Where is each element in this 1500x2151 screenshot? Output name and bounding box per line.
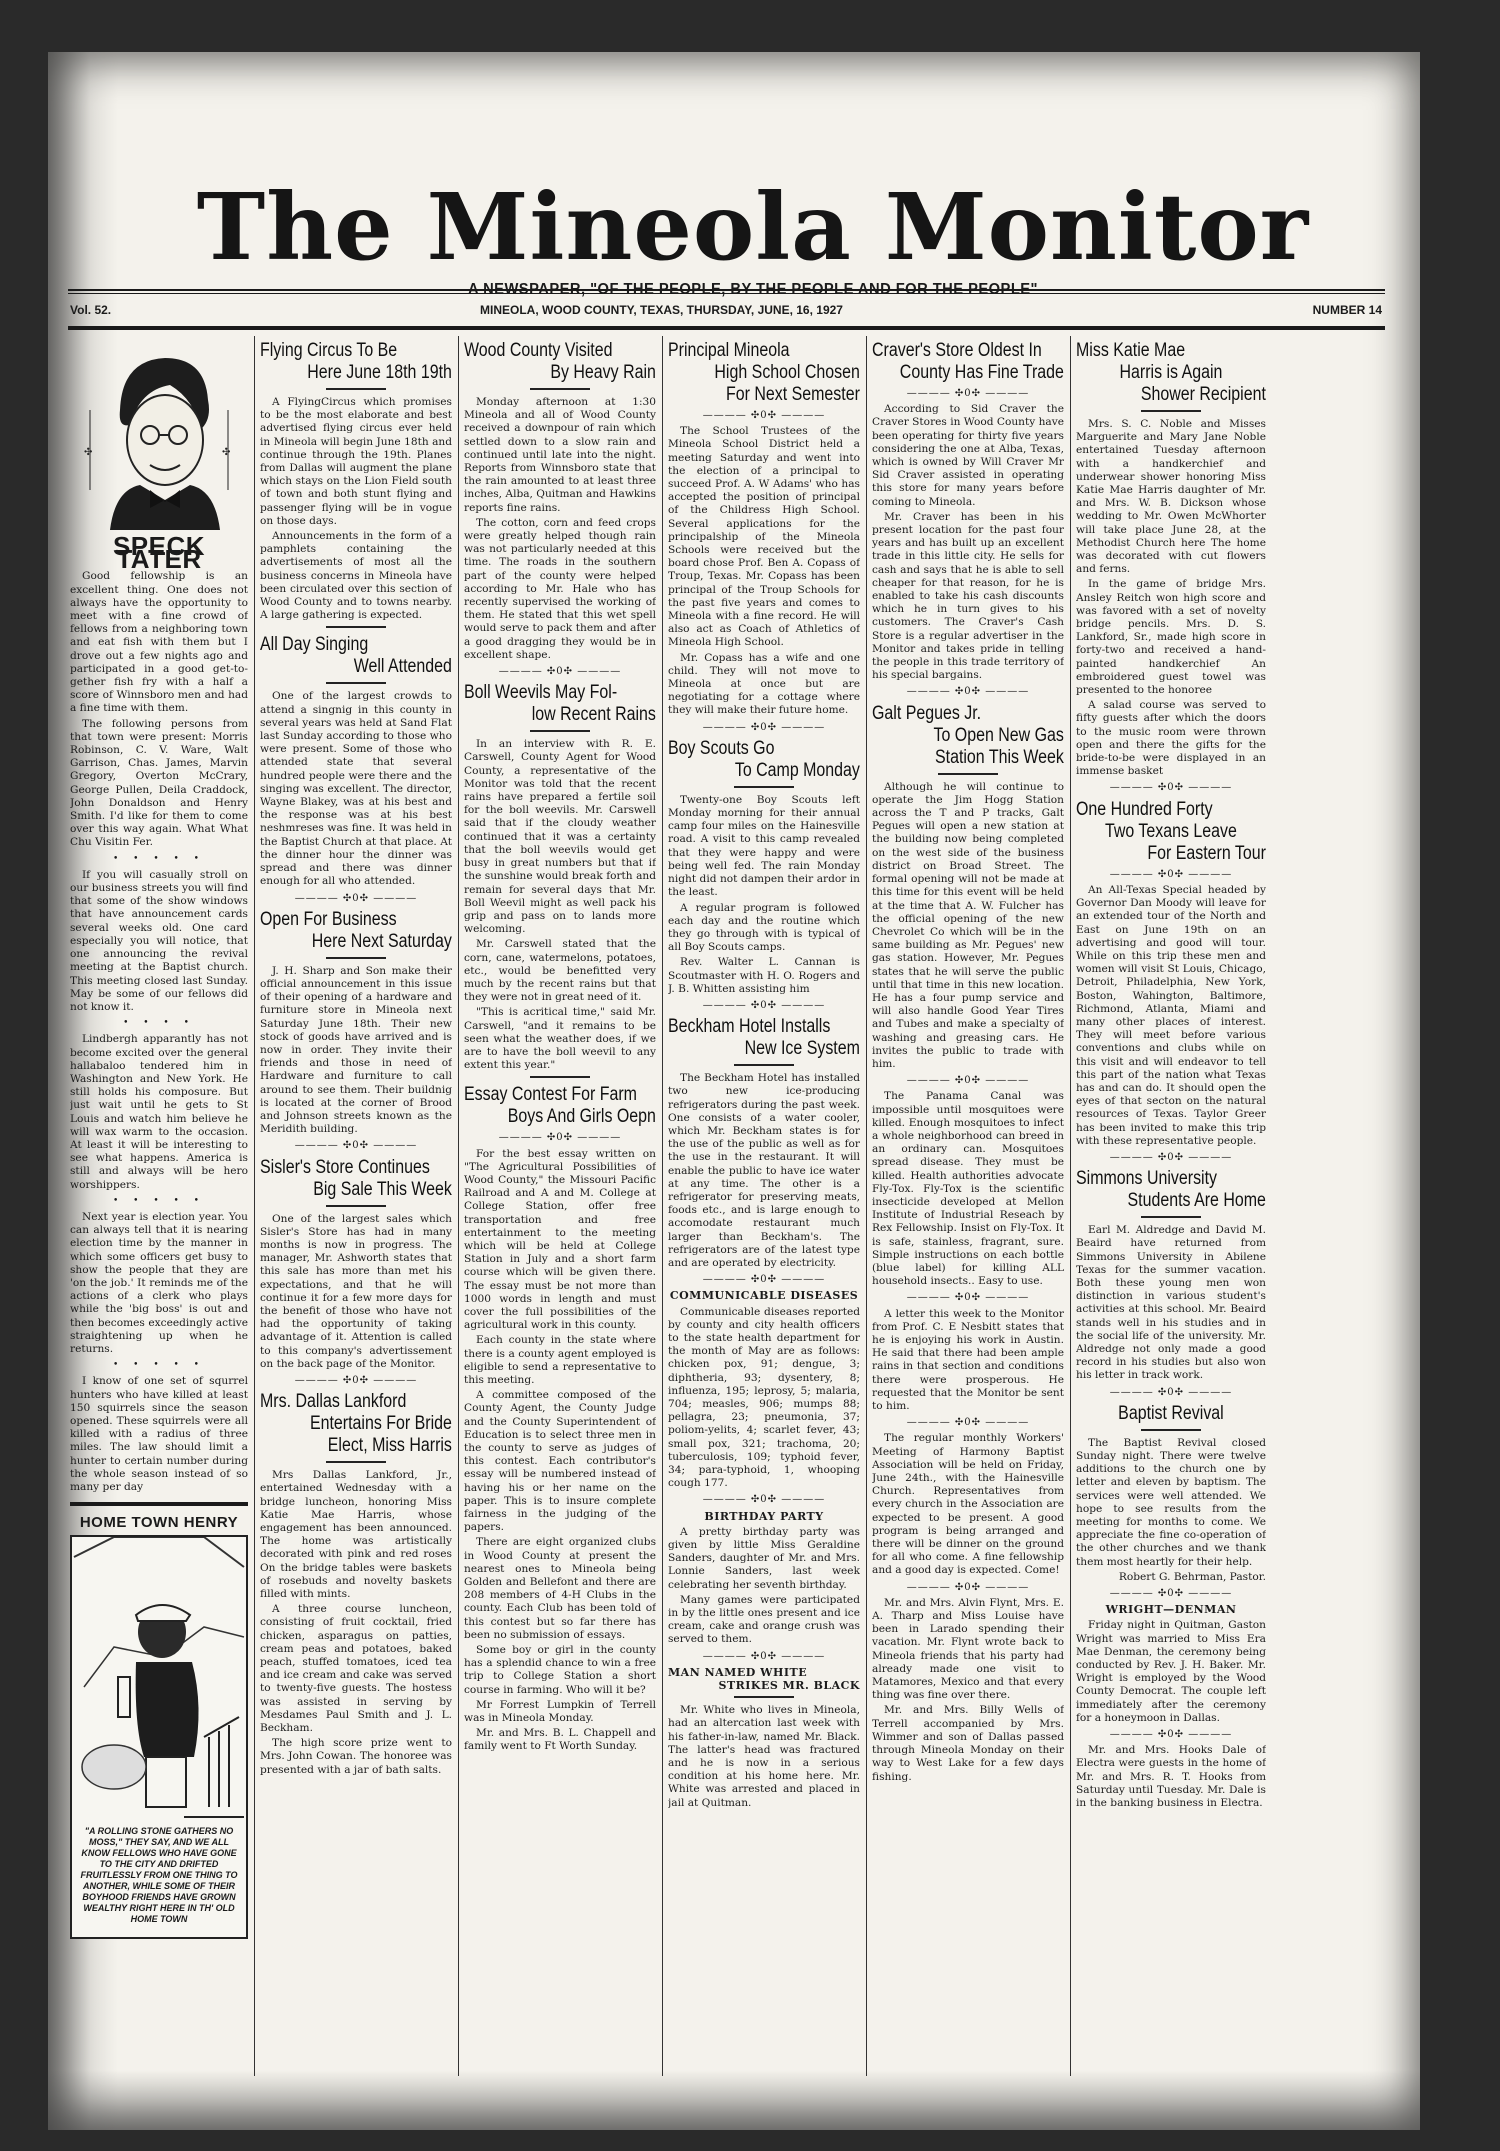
article-paragraph: A regular program is followed each day a… — [668, 902, 860, 955]
dateline: Vol. 52. MINEOLA, WOOD COUNTY, TEXAS, TH… — [70, 303, 1382, 321]
rule — [326, 682, 386, 684]
headline-beckham-hotel: Beckham Hotel Installs New Ice System — [668, 1016, 860, 1060]
masthead-rule — [68, 289, 1385, 291]
headline-boll-weevils: Boll Weevils May Fol- low Recent Rains — [464, 682, 656, 726]
ornament-divider — [872, 1581, 1064, 1594]
column-paragraph: If you will casually stroll on our busin… — [70, 869, 248, 1014]
article-paragraph: The cotton, corn and feed crops were gre… — [464, 517, 656, 662]
column-speck-tater: ✣ ✣ SPECK TATER Good fellowship is an ex… — [70, 336, 248, 2076]
article-signature: Robert G. Behrman, Pastor. — [1076, 1571, 1266, 1584]
rule — [530, 388, 590, 390]
column-divider — [662, 336, 663, 2076]
column-6: Miss Katie Mae Harris is Again Shower Re… — [1076, 336, 1266, 2076]
speck-tater-portrait-icon: ✣ ✣ — [70, 340, 248, 540]
comic-title: HOME TOWN HENRY — [70, 1516, 248, 1529]
ornament-divider — [1076, 1386, 1266, 1399]
article-paragraph: Mr. and Mrs. Billy Wells of Terrell acco… — [872, 1704, 1064, 1783]
article-paragraph: Mr Forrest Lumpkin of Terrell was in Min… — [464, 1699, 656, 1725]
headline-communicable-diseases: COMMUNICABLE DISEASES — [668, 1289, 860, 1302]
rule — [734, 1696, 794, 1698]
headline-all-day-singing: All Day Singing Well Attended — [260, 634, 452, 678]
newspaper-title: The Mineola Monitor — [108, 177, 1398, 277]
ornament-divider — [260, 1139, 452, 1152]
ornament-divider — [260, 1374, 452, 1387]
headline-texans-eastern-tour: One Hundred Forty Two Texans Leave For E… — [1076, 799, 1266, 865]
issue-number: NUMBER 14 — [1313, 303, 1382, 317]
article-paragraph: A committee composed of the County Agent… — [464, 1389, 656, 1534]
article-paragraph: Each county in the state where there is … — [464, 1334, 656, 1387]
column-paragraph: The following persons from that town wer… — [70, 718, 248, 850]
ornament-divider — [872, 685, 1064, 698]
star-divider: • • • • — [70, 1017, 248, 1030]
article-paragraph: The regular monthly Workers' Meeting of … — [872, 1432, 1064, 1577]
article-paragraph: A salad course was served to fifty guest… — [1076, 699, 1266, 778]
article-paragraph: Monday afternoon at 1:30 Mineola and all… — [464, 396, 656, 515]
old-man-cartoon-icon — [72, 1537, 246, 1837]
article-paragraph: Twenty-one Boy Scouts left Monday mornin… — [668, 794, 860, 900]
rule — [326, 388, 386, 390]
svg-text:✣: ✣ — [222, 447, 230, 458]
article-paragraph: In the game of bridge Mrs. Ansley Reitch… — [1076, 578, 1266, 697]
article-paragraph: The Baptist Revival closed Sunday night.… — [1076, 1437, 1266, 1569]
speck-tater-title: SPECK TATER — [70, 540, 248, 566]
dateline-rule — [68, 326, 1385, 330]
masthead: The Mineola Monitor A NEWSPAPER, "OF THE… — [108, 177, 1398, 299]
rule — [1141, 1429, 1201, 1431]
ornament-divider — [668, 1493, 860, 1506]
column-paragraph: I know of one set of squrrel hunters who… — [70, 1375, 248, 1494]
article-paragraph: Many games were participated in by the l… — [668, 1594, 860, 1647]
comic-panel: "A Rolling Stone gathers no moss," they … — [70, 1535, 248, 1939]
article-paragraph: Friday night in Quitman, Gaston Wright w… — [1076, 1619, 1266, 1725]
ornament-divider — [668, 721, 860, 734]
column-divider — [254, 336, 255, 2076]
ornament-divider — [1076, 1728, 1266, 1741]
masthead-rule-thin — [68, 293, 1385, 294]
ornament-divider — [464, 1131, 656, 1144]
article-paragraph: Some boy or girl in the county has a spl… — [464, 1644, 656, 1697]
article-paragraph: The high score prize went to Mrs. John C… — [260, 1737, 452, 1777]
headline-katie-mae-harris: Miss Katie Mae Harris is Again Shower Re… — [1076, 340, 1266, 406]
headline-birthday-party: BIRTHDAY PARTY — [668, 1510, 860, 1523]
article-paragraph: According to Sid Craver the Craver Store… — [872, 403, 1064, 509]
rule — [1141, 410, 1201, 412]
headline-man-named-white: MAN NAMED WHITE STRIKES MR. BLACK — [668, 1666, 860, 1692]
ornament-divider — [668, 1650, 860, 1663]
article-paragraph: Announcements in the form of a pamphlets… — [260, 530, 452, 622]
headline-cravers-store: Craver's Store Oldest In County Has Fine… — [872, 340, 1064, 384]
headline-baptist-revival: Baptist Revival — [1076, 1403, 1266, 1425]
star-divider: • • • • • — [70, 853, 248, 866]
ornament-divider — [464, 665, 656, 678]
column-3: Wood County Visited By Heavy Rain Monday… — [464, 336, 656, 2076]
headline-principal-chosen: Principal Mineola High School Chosen For… — [668, 340, 860, 406]
rule — [326, 626, 386, 628]
comic-caption: "A Rolling Stone gathers no moss," they … — [78, 1826, 240, 1925]
article-paragraph: The Beckham Hotel has installed two new … — [668, 1072, 860, 1270]
article-paragraph: In an interview with R. E. Carswell, Cou… — [464, 738, 656, 936]
headline-heavy-rain: Wood County Visited By Heavy Rain — [464, 340, 656, 384]
ornament-divider — [668, 999, 860, 1012]
article-paragraph: Rev. Walter L. Cannan is Scoutmaster wit… — [668, 956, 860, 996]
article-paragraph: One of the largest crowds to attend a si… — [260, 690, 452, 888]
article-paragraph: There are eight organized clubs in Wood … — [464, 1536, 656, 1642]
ornament-divider — [668, 409, 860, 422]
article-paragraph: "This is acritical time," said Mr. Carsw… — [464, 1006, 656, 1072]
headline-flying-circus: Flying Circus To Be Here June 18th 19th — [260, 340, 452, 384]
ornament-divider — [260, 892, 452, 905]
star-divider: • • • • • — [70, 1359, 248, 1372]
article-paragraph: For the best essay written on "The Agric… — [464, 1148, 656, 1333]
headline-essay-contest: Essay Contest For Farm Boys And Girls Oe… — [464, 1084, 656, 1128]
rule — [326, 1205, 386, 1207]
article-paragraph: The Panama Canal was impossible until mo… — [872, 1090, 1064, 1288]
column-paragraph: Next year is election year. You can alwa… — [70, 1211, 248, 1356]
article-paragraph: Mr. and Mrs. Hooks Dale of Electra were … — [1076, 1744, 1266, 1810]
headline-galt-pegues: Galt Pegues Jr. To Open New Gas Station … — [872, 703, 1064, 769]
rule — [530, 1076, 590, 1078]
headline-wright-denman: WRIGHT—DENMAN — [1076, 1603, 1266, 1616]
column-divider — [866, 336, 867, 2076]
column-5: Craver's Store Oldest In County Has Fine… — [872, 336, 1064, 2076]
ornament-divider — [1076, 868, 1266, 881]
volume-label: Vol. 52. — [70, 303, 111, 317]
article-paragraph: A letter this week to the Monitor from P… — [872, 1308, 1064, 1414]
headline-open-for-business: Open For Business Here Next Saturday — [260, 909, 452, 953]
rule — [530, 730, 590, 732]
article-paragraph: One of the largest sales which Sisler's … — [260, 1213, 452, 1371]
column-paragraph: Good fellowship is an excellent thing. O… — [70, 570, 248, 715]
headline-boy-scouts: Boy Scouts Go To Camp Monday — [668, 738, 860, 782]
article-paragraph: Mr. Carswell stated that the corn, cane,… — [464, 938, 656, 1004]
star-divider: • • • • • — [70, 1195, 248, 1208]
headline-simmons-university: Simmons University Students Are Home — [1076, 1168, 1266, 1212]
article-paragraph: Mrs. S. C. Noble and Misses Marguerite a… — [1076, 418, 1266, 576]
headline-sislers-store: Sisler's Store Continues Big Sale This W… — [260, 1157, 452, 1201]
rule — [326, 957, 386, 959]
article-paragraph: Earl M. Aldredge and David M. Beaird hav… — [1076, 1224, 1266, 1382]
article-paragraph: Mr. and Mrs. Alvin Flynt, Mrs. E. A. Tha… — [872, 1597, 1064, 1703]
article-paragraph: Although he will continue to operate the… — [872, 781, 1064, 1071]
ornament-divider — [1076, 1151, 1266, 1164]
column-2: Flying Circus To Be Here June 18th 19th … — [260, 336, 452, 2076]
rule — [326, 1461, 386, 1463]
column-divider — [458, 336, 459, 2076]
ornament-divider — [872, 1074, 1064, 1087]
article-paragraph: Communicable diseases reported by county… — [668, 1306, 860, 1491]
article-paragraph: An All-Texas Special headed by Governor … — [1076, 884, 1266, 1148]
rule — [734, 1064, 794, 1066]
ornament-divider — [872, 1416, 1064, 1429]
article-paragraph: Mr. Copass has a wife and one child. The… — [668, 652, 860, 718]
column-paragraph: Lindbergh apparantly has not become exci… — [70, 1033, 248, 1191]
column-4: Principal Mineola High School Chosen For… — [668, 336, 860, 2076]
article-paragraph: A pretty birthday party was given by lit… — [668, 1526, 860, 1592]
ornament-divider — [668, 1273, 860, 1286]
rule — [734, 786, 794, 788]
article-paragraph: Mr. and Mrs. B. L. Chappell and family w… — [464, 1727, 656, 1753]
ornament-divider — [1076, 1587, 1266, 1600]
article-paragraph: J. H. Sharp and Son make their official … — [260, 965, 452, 1137]
home-town-henry-comic: HOME TOWN HENRY "A Rolling Stone gathers… — [70, 1502, 248, 1939]
ornament-divider — [872, 387, 1064, 400]
rule — [938, 773, 998, 775]
ornament-divider — [1076, 781, 1266, 794]
headline-lankford-entertains: Mrs. Dallas Lankford Entertains For Brid… — [260, 1391, 452, 1457]
article-paragraph: The School Trustees of the Mineola Schoo… — [668, 425, 860, 649]
rule — [1141, 1216, 1201, 1218]
article-paragraph: A FlyingCircus which promises to be the … — [260, 396, 452, 528]
article-paragraph: Mrs Dallas Lankford, Jr., entertained We… — [260, 1469, 452, 1601]
article-paragraph: Mr. White who lives in Mineola, had an a… — [668, 1704, 860, 1810]
article-paragraph: A three course luncheon, consisting of f… — [260, 1603, 452, 1735]
columns: ✣ ✣ SPECK TATER Good fellowship is an ex… — [70, 336, 1385, 2076]
ornament-divider — [872, 1291, 1064, 1304]
place-date: MINEOLA, WOOD COUNTY, TEXAS, THURSDAY, J… — [480, 303, 843, 317]
svg-text:✣: ✣ — [84, 447, 92, 458]
article-paragraph: Mr. Craver has been in his present locat… — [872, 511, 1064, 683]
column-divider — [1070, 336, 1071, 2076]
